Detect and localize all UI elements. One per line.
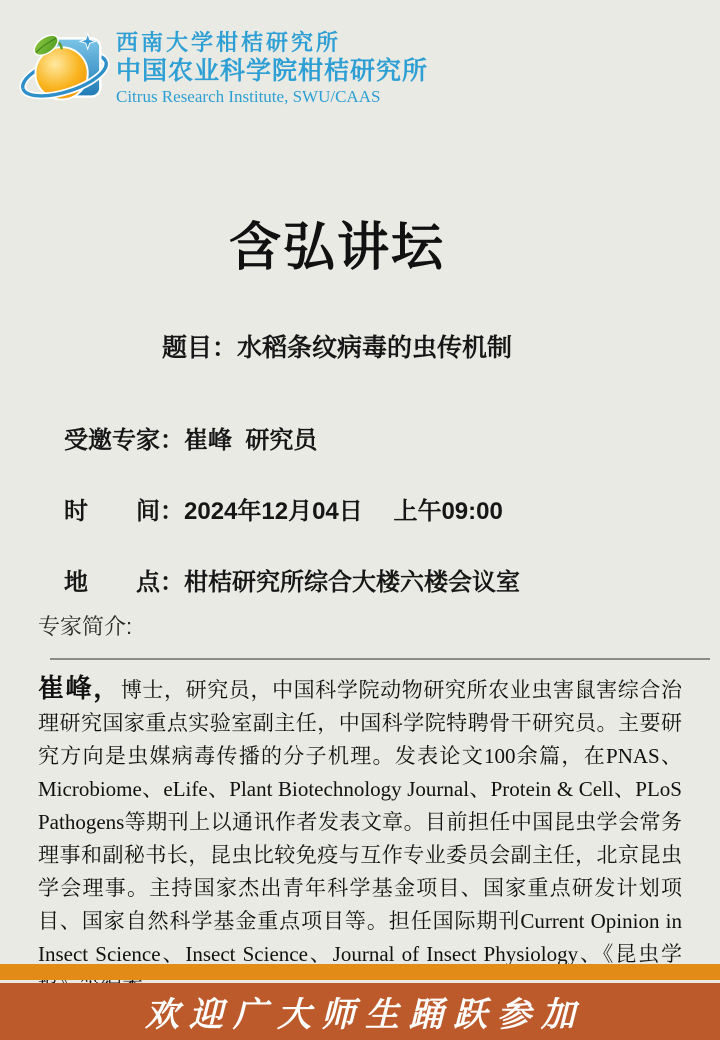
footer-accent-stripe bbox=[0, 964, 720, 980]
footer-bar: 欢迎广大师生踊跃参加 bbox=[0, 983, 720, 1040]
bio-body-text: 博士，研究员，中国科学院动物研究所农业虫害鼠害综合治理研究国家重点实验室副主任，… bbox=[38, 678, 682, 999]
detail-expert: 受邀专家：崔峰 研究员 bbox=[64, 420, 680, 455]
detail-venue: 地 点：柑桔研究所综合大楼六楼会议室 bbox=[64, 562, 680, 597]
lecture-topic: 题目：水稻条纹病毒的虫传机制 bbox=[0, 328, 674, 364]
lecture-poster: 西南大学柑桔研究所 中国农业科学院柑桔研究所 Citrus Research I… bbox=[0, 0, 720, 1040]
citrus-institute-logo-icon bbox=[18, 22, 110, 114]
institute-names: 西南大学柑桔研究所 中国农业科学院柑桔研究所 Citrus Research I… bbox=[116, 22, 428, 107]
detail-time: 时 间：2024年12月04日 上午09:00 bbox=[64, 491, 680, 526]
bio-paragraph: 崔峰，博士，研究员，中国科学院动物研究所农业虫害鼠害综合治理研究国家重点实验室副… bbox=[38, 672, 682, 1004]
welcome-message: 欢迎广大师生踊跃参加 bbox=[135, 987, 585, 1036]
institute-name-cn-caas: 中国农业科学院柑桔研究所 bbox=[116, 56, 428, 86]
forum-title: 含弘讲坛 bbox=[0, 205, 674, 280]
lecture-details: 受邀专家：崔峰 研究员 时 间：2024年12月04日 上午09:00 地 点：… bbox=[64, 420, 680, 633]
expert-name: 崔峰， bbox=[38, 673, 121, 703]
header: 西南大学柑桔研究所 中国农业科学院柑桔研究所 Citrus Research I… bbox=[18, 22, 428, 114]
institute-name-en: Citrus Research Institute, SWU/CAAS bbox=[116, 86, 428, 107]
institute-name-cn-swu: 西南大学柑桔研究所 bbox=[116, 30, 428, 56]
bio-section-heading: 专家简介: bbox=[38, 610, 132, 641]
section-divider bbox=[50, 658, 710, 660]
